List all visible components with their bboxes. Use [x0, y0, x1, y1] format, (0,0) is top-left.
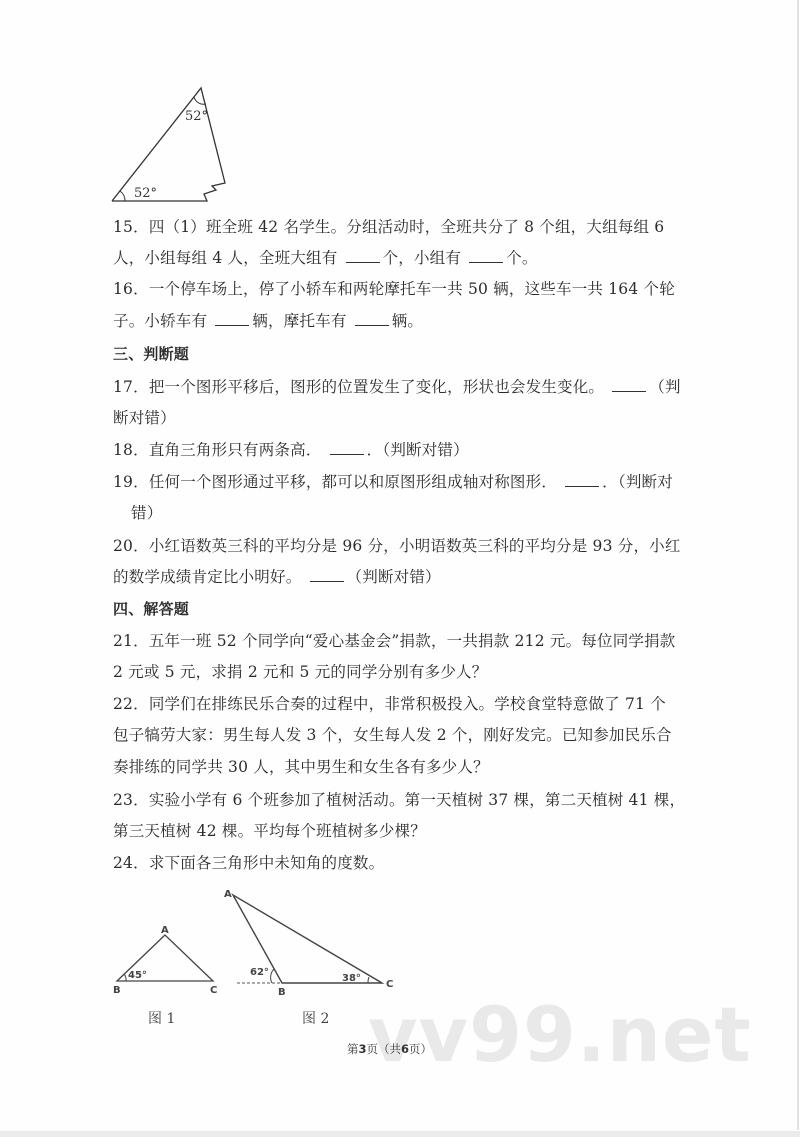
question-20-line-2: 的数学成绩肯定比小明好。 （判断对错）	[113, 567, 441, 587]
answer-blank-q18[interactable]	[330, 442, 364, 455]
question-text: 18．直角三角形只有两条高．	[113, 441, 322, 459]
triangle-figure-2: A B C 62° 38°	[222, 884, 402, 996]
question-text: 个。	[506, 249, 537, 267]
angle-label-c: 38°	[342, 973, 361, 984]
answer-blank-q20[interactable]	[310, 569, 344, 582]
figure-2-caption: 图 2	[302, 1008, 329, 1028]
angle-label-bottom-left: 52°	[134, 186, 157, 201]
answer-blank-cars[interactable]	[215, 313, 249, 326]
question-text: 19．任何一个图形通过平移，都可以和原图形组成轴对称图形．	[113, 473, 557, 491]
question-15-line-1: 15．四（1）班全班 42 名学生。分组活动时，全班共分了 8 个组，大组每组 …	[113, 217, 664, 237]
question-text: 子。小轿车有	[113, 312, 207, 330]
question-19-line-2: 错）	[131, 503, 162, 523]
question-23-line-1: 23．实验小学有 6 个班参加了植树活动。第一天植树 37 棵，第二天植树 41…	[113, 790, 685, 810]
question-19-line-1: 19．任何一个图形通过平移，都可以和原图形组成轴对称图形． ．（判断对	[113, 472, 673, 492]
angle-label-b: 45°	[128, 970, 147, 981]
triangle-figure-1: A B C 45°	[105, 922, 230, 997]
watermark-text: vv99.net	[368, 990, 752, 1079]
question-22-line-2: 包子犒劳大家：男生每人发 3 个，女生每人发 2 个，刚好发完。已知参加民乐合	[113, 725, 672, 745]
question-21-line-2: 2 元或 5 元，求捐 2 元和 5 元的同学分别有多少人？	[113, 662, 487, 682]
question-16-line-1: 16．一个停车场上，停了小轿车和两轮摩托车一共 50 辆，这些车一共 164 个…	[113, 279, 675, 299]
question-24-line-1: 24．求下面各三角形中未知角的度数。	[113, 853, 384, 873]
question-22-line-1: 22．同学们在排练民乐合奏的过程中，非常积极投入。学校食堂特意做了 71 个	[113, 694, 666, 714]
question-text: 17．把一个图形平移后，图形的位置发生了变化，形状也会发生变化。	[113, 378, 604, 396]
question-18-line-1: 18．直角三角形只有两条高． ．（判断对错）	[113, 440, 469, 460]
question-15-line-2: 人，小组每组 4 人，全班大组有 个，小组有 个。	[113, 248, 538, 268]
answer-blank-small-groups[interactable]	[469, 250, 503, 263]
question-text: 人，小组每组 4 人，全班大组有	[113, 249, 337, 267]
page-bottom-edge	[0, 1131, 800, 1137]
footer-text: 页（共	[367, 1042, 402, 1056]
question-text: 个，小组有	[383, 249, 462, 267]
vertex-label-b: B	[113, 985, 121, 996]
question-text: 辆。	[392, 312, 423, 330]
answer-blank-motorcycles[interactable]	[355, 313, 389, 326]
section-heading-true-false: 三、判断题	[113, 344, 189, 364]
vertex-label-a: A	[161, 925, 169, 936]
answer-blank-large-groups[interactable]	[346, 250, 380, 263]
answer-blank-q17[interactable]	[612, 379, 646, 392]
question-text: 的数学成绩肯定比小明好。	[113, 568, 301, 586]
vertex-label-c: C	[386, 979, 393, 990]
triangle-figure-top: 52° 52°	[108, 84, 233, 206]
question-23-line-2: 第三天植树 42 棵。平均每个班植树多少棵？	[113, 821, 426, 841]
exterior-angle-label-b: 62°	[250, 967, 269, 978]
question-20-line-1: 20．小红语数英三科的平均分是 96 分，小明语数英三科的平均分是 93 分，小…	[113, 536, 681, 556]
question-17-line-2: 断对错）	[113, 408, 176, 428]
question-text: （判断对错）	[347, 568, 441, 586]
question-text: ．（判断对	[602, 473, 673, 491]
vertex-label-b: B	[278, 987, 286, 996]
question-16-line-2: 子。小轿车有 辆，摩托车有 辆。	[113, 311, 423, 331]
page-number: 3	[359, 1042, 367, 1056]
question-22-line-3: 奏排练的同学共 30 人，其中男生和女生各有多少人？	[113, 757, 489, 777]
section-heading-word-problems: 四、解答题	[113, 599, 189, 619]
footer-text: 页）	[409, 1042, 432, 1056]
figure-1-caption: 图 1	[148, 1008, 175, 1028]
answer-blank-q19[interactable]	[565, 474, 599, 487]
document-page: 52° 52° 15．四（1）班全班 42 名学生。分组活动时，全班共分了 8 …	[0, 0, 799, 1130]
vertex-label-a: A	[224, 889, 232, 900]
question-21-line-1: 21．五年一班 52 个同学向“爱心基金会”捐款，一共捐款 212 元。每位同学…	[113, 631, 676, 651]
question-text: ．（判断对错）	[367, 441, 469, 459]
question-text: （判	[649, 378, 680, 396]
vertex-label-c: C	[210, 985, 217, 996]
page-footer: 第3页（共6页）	[347, 1041, 432, 1057]
total-pages: 6	[401, 1042, 409, 1056]
question-text: 辆，摩托车有	[252, 312, 346, 330]
question-17-line-1: 17．把一个图形平移后，图形的位置发生了变化，形状也会发生变化。 （判	[113, 377, 681, 397]
footer-text: 第	[347, 1042, 359, 1056]
angle-label-top: 52°	[185, 109, 208, 124]
